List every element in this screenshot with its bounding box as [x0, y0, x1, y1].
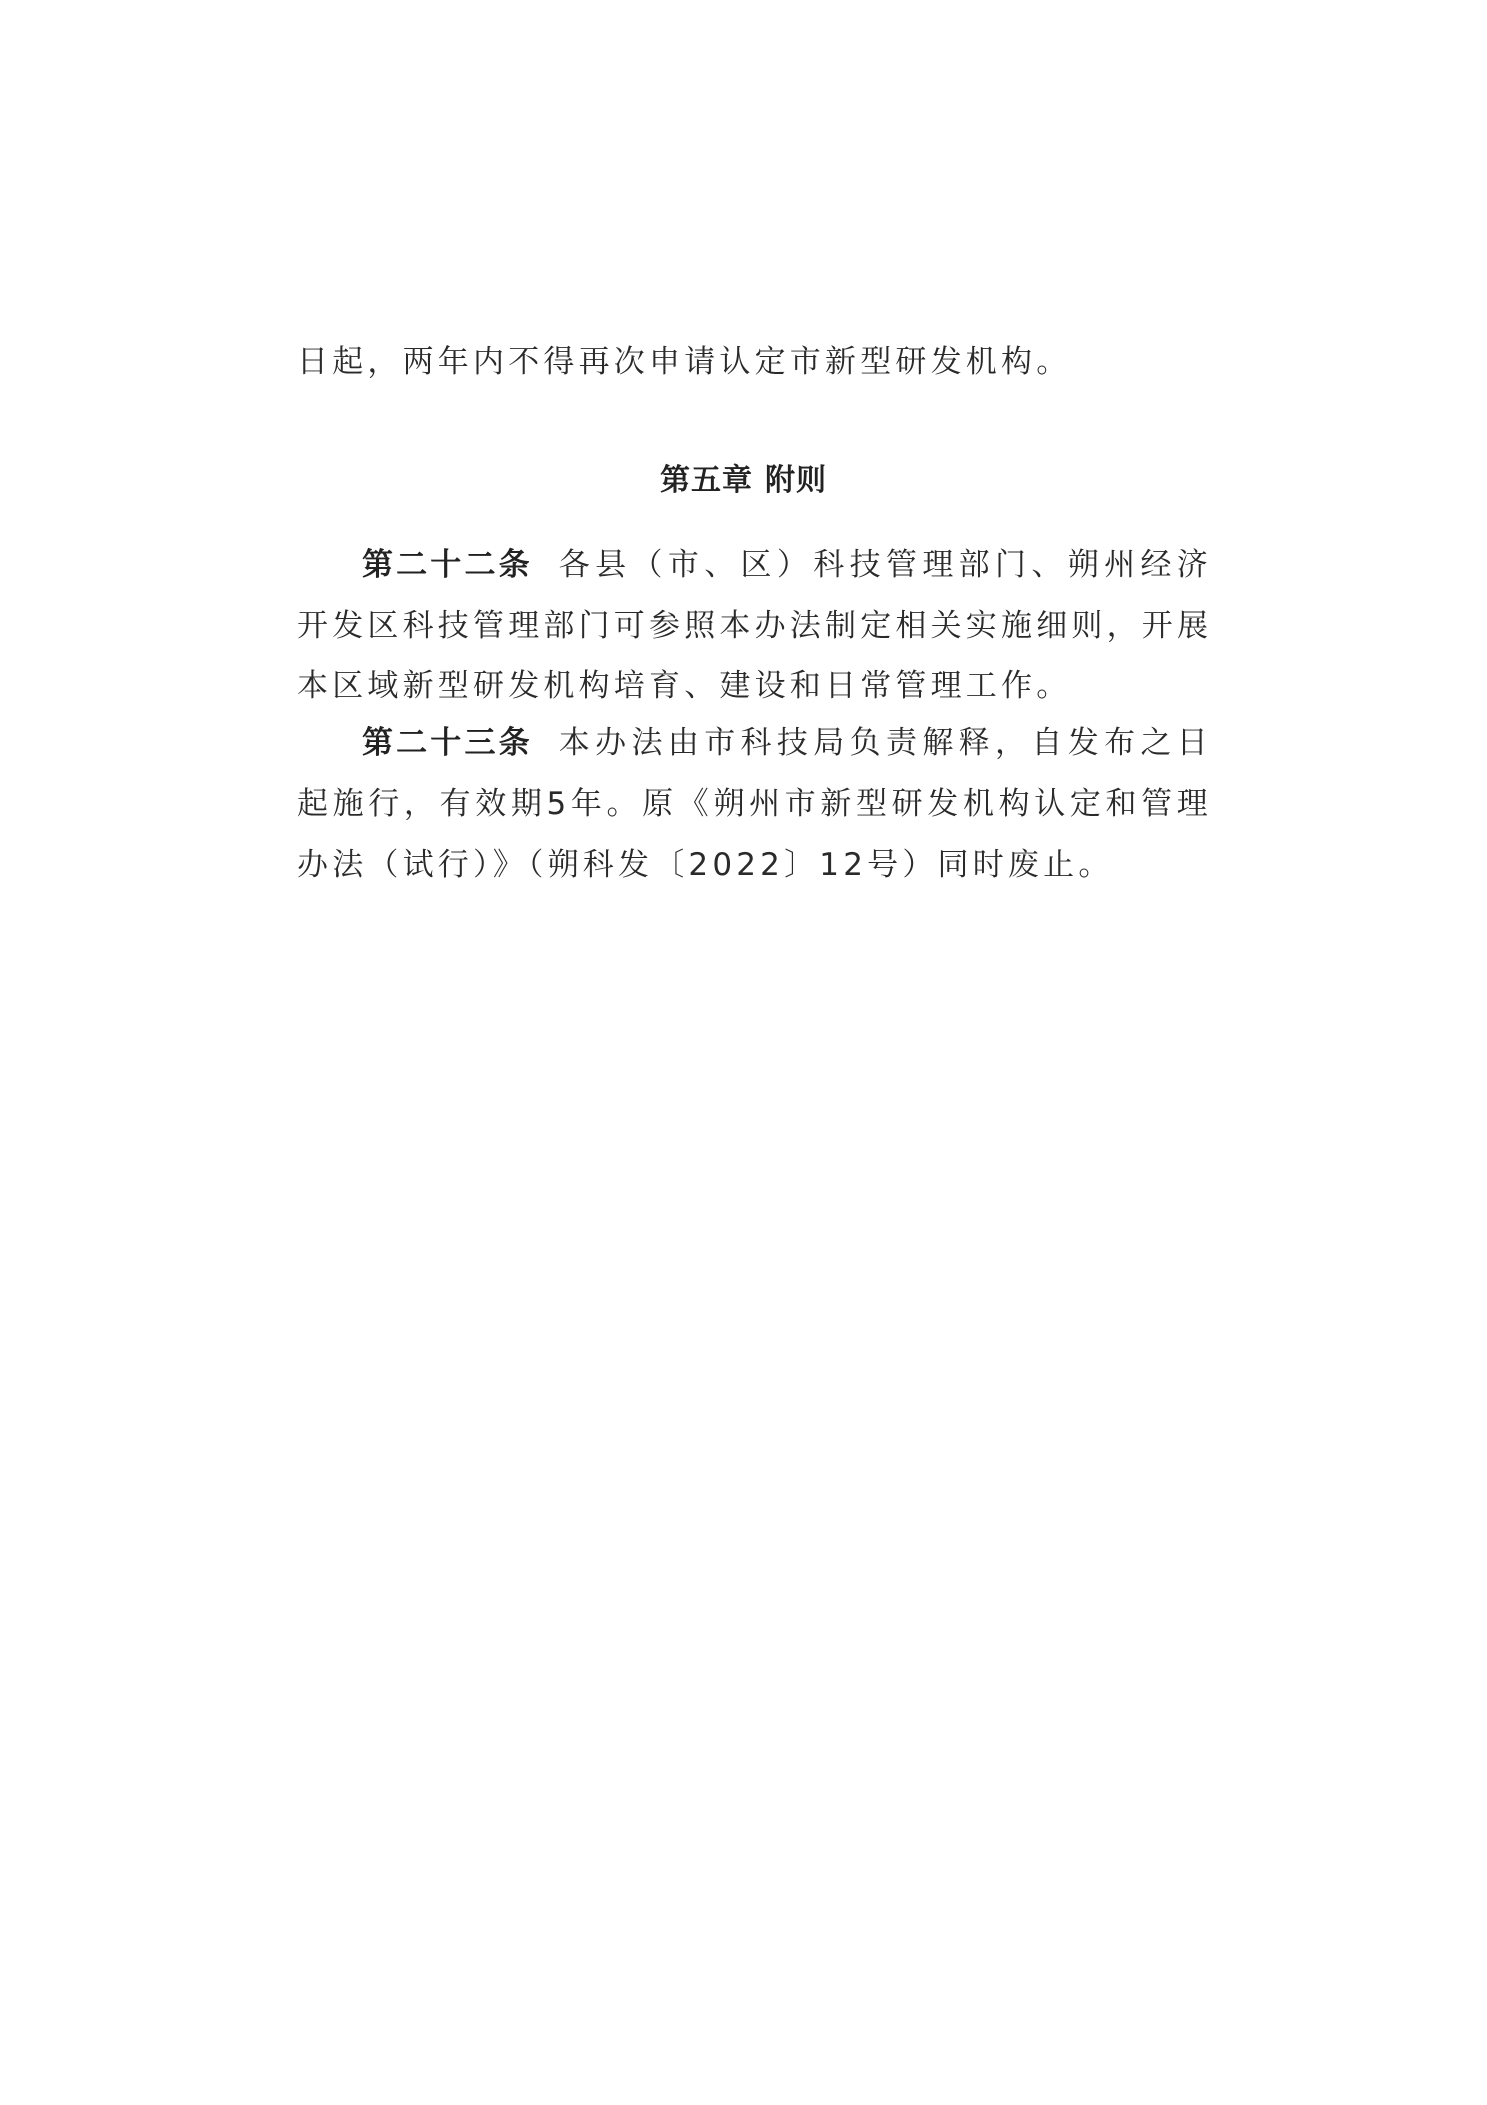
chapter-title: 附则	[765, 463, 827, 498]
chapter-number: 第五章	[660, 463, 753, 498]
article-22-label: 第二十二条	[362, 547, 533, 583]
article-22-line-3: 本区域新型研发机构培育、建设和日常管理工作。	[297, 666, 1212, 706]
chapter-heading: 第五章附则	[0, 455, 1487, 499]
article-23-text-1: 本办法由市科技局负责解释，自发布之日	[559, 725, 1212, 761]
article-22-line-2: 开发区科技管理部门可参照本办法制定相关实施细则，开展	[297, 606, 1212, 646]
article-23-line-3: 办法（试行）》（朔科发〔2022〕12号）同时废止。	[297, 845, 1212, 885]
article-22-text-1: 各县（市、区）科技管理部门、朔州经济	[559, 547, 1212, 583]
continuation-paragraph-line: 日起，两年内不得再次申请认定市新型研发机构。	[297, 342, 1212, 382]
document-page: 日起，两年内不得再次申请认定市新型研发机构。 第五章附则 第二十二条各县（市、区…	[0, 0, 1487, 2105]
article-23-label: 第二十三条	[362, 725, 533, 761]
article-23-line-1: 第二十三条本办法由市科技局负责解释，自发布之日	[362, 723, 1212, 763]
article-22-line-1: 第二十二条各县（市、区）科技管理部门、朔州经济	[362, 545, 1212, 585]
article-23-line-2: 起施行，有效期5年。原《朔州市新型研发机构认定和管理	[297, 784, 1212, 824]
